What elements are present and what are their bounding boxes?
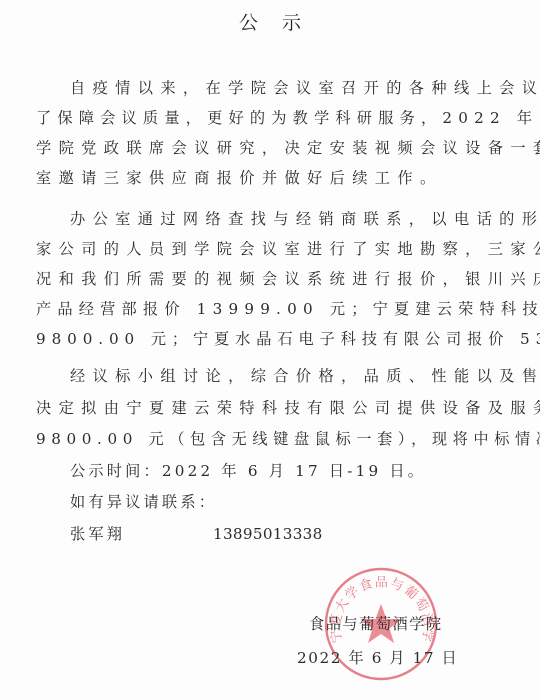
paragraph-2-line-5: 9800.00 元；宁夏水晶石电子科技有限公司报价 53850.00 元。: [36, 329, 496, 349]
paragraph-2-line-3: 况和我们所需要的视频会议系统进行报价，银川兴庆区星易唱电子: [36, 269, 496, 289]
paragraph-2-line-1: 办公室通过网络查找与经销商联系，以电话的形式分别邀约三: [70, 209, 530, 229]
contact-phone: 13895013338: [213, 524, 323, 544]
contact-name: 张军翔: [70, 525, 125, 543]
signature-organization: 食品与葡萄酒学院: [309, 614, 443, 634]
paragraph-3-line-1: 经议标小组讨论，综合价格，品质、性能以及售后等方面因素，: [70, 366, 530, 386]
objection-prompt: 如有异议请联系：: [70, 492, 217, 512]
document-page: 公示 自疫情以来，在学院会议室召开的各种线上会议日益频繁，为 了保障会议质量，更…: [0, 0, 540, 700]
paragraph-3-line-3: 9800.00 元（包含无线键盘鼠标一套），现将中标情况予以公示。: [36, 429, 496, 449]
notice-period: 公示时间：2022 年 6 月 17 日-19 日。: [70, 461, 426, 481]
paragraph-2-line-4: 产品经营部报价 13999.00 元；宁夏建云荣特科技有限公司报价: [36, 299, 496, 319]
contact-line: 张军翔 13895013338: [70, 524, 370, 544]
paragraph-1-line-2: 了保障会议质量，更好的为教学科研服务，2022 年 6 月 15 日，经: [36, 108, 496, 128]
paragraph-1-line-1: 自疫情以来，在学院会议室召开的各种线上会议日益频繁，为: [70, 78, 530, 98]
paragraph-2-line-2: 家公司的人员到学院会议室进行了实地勘察，三家公司根据勘察情: [36, 239, 496, 259]
paragraph-1-line-3: 学院党政联席会议研究，决定安装视频会议设备一套，由学院办公: [36, 138, 496, 158]
paragraph-3-line-2: 决定拟由宁夏建云荣特科技有限公司提供设备及服务，总报价为: [36, 398, 496, 418]
signature-date: 2022 年 6 月 17 日: [297, 648, 458, 668]
paragraph-1-line-4: 室邀请三家供应商报价并做好后续工作。: [36, 168, 496, 188]
document-title: 公示: [0, 8, 540, 35]
